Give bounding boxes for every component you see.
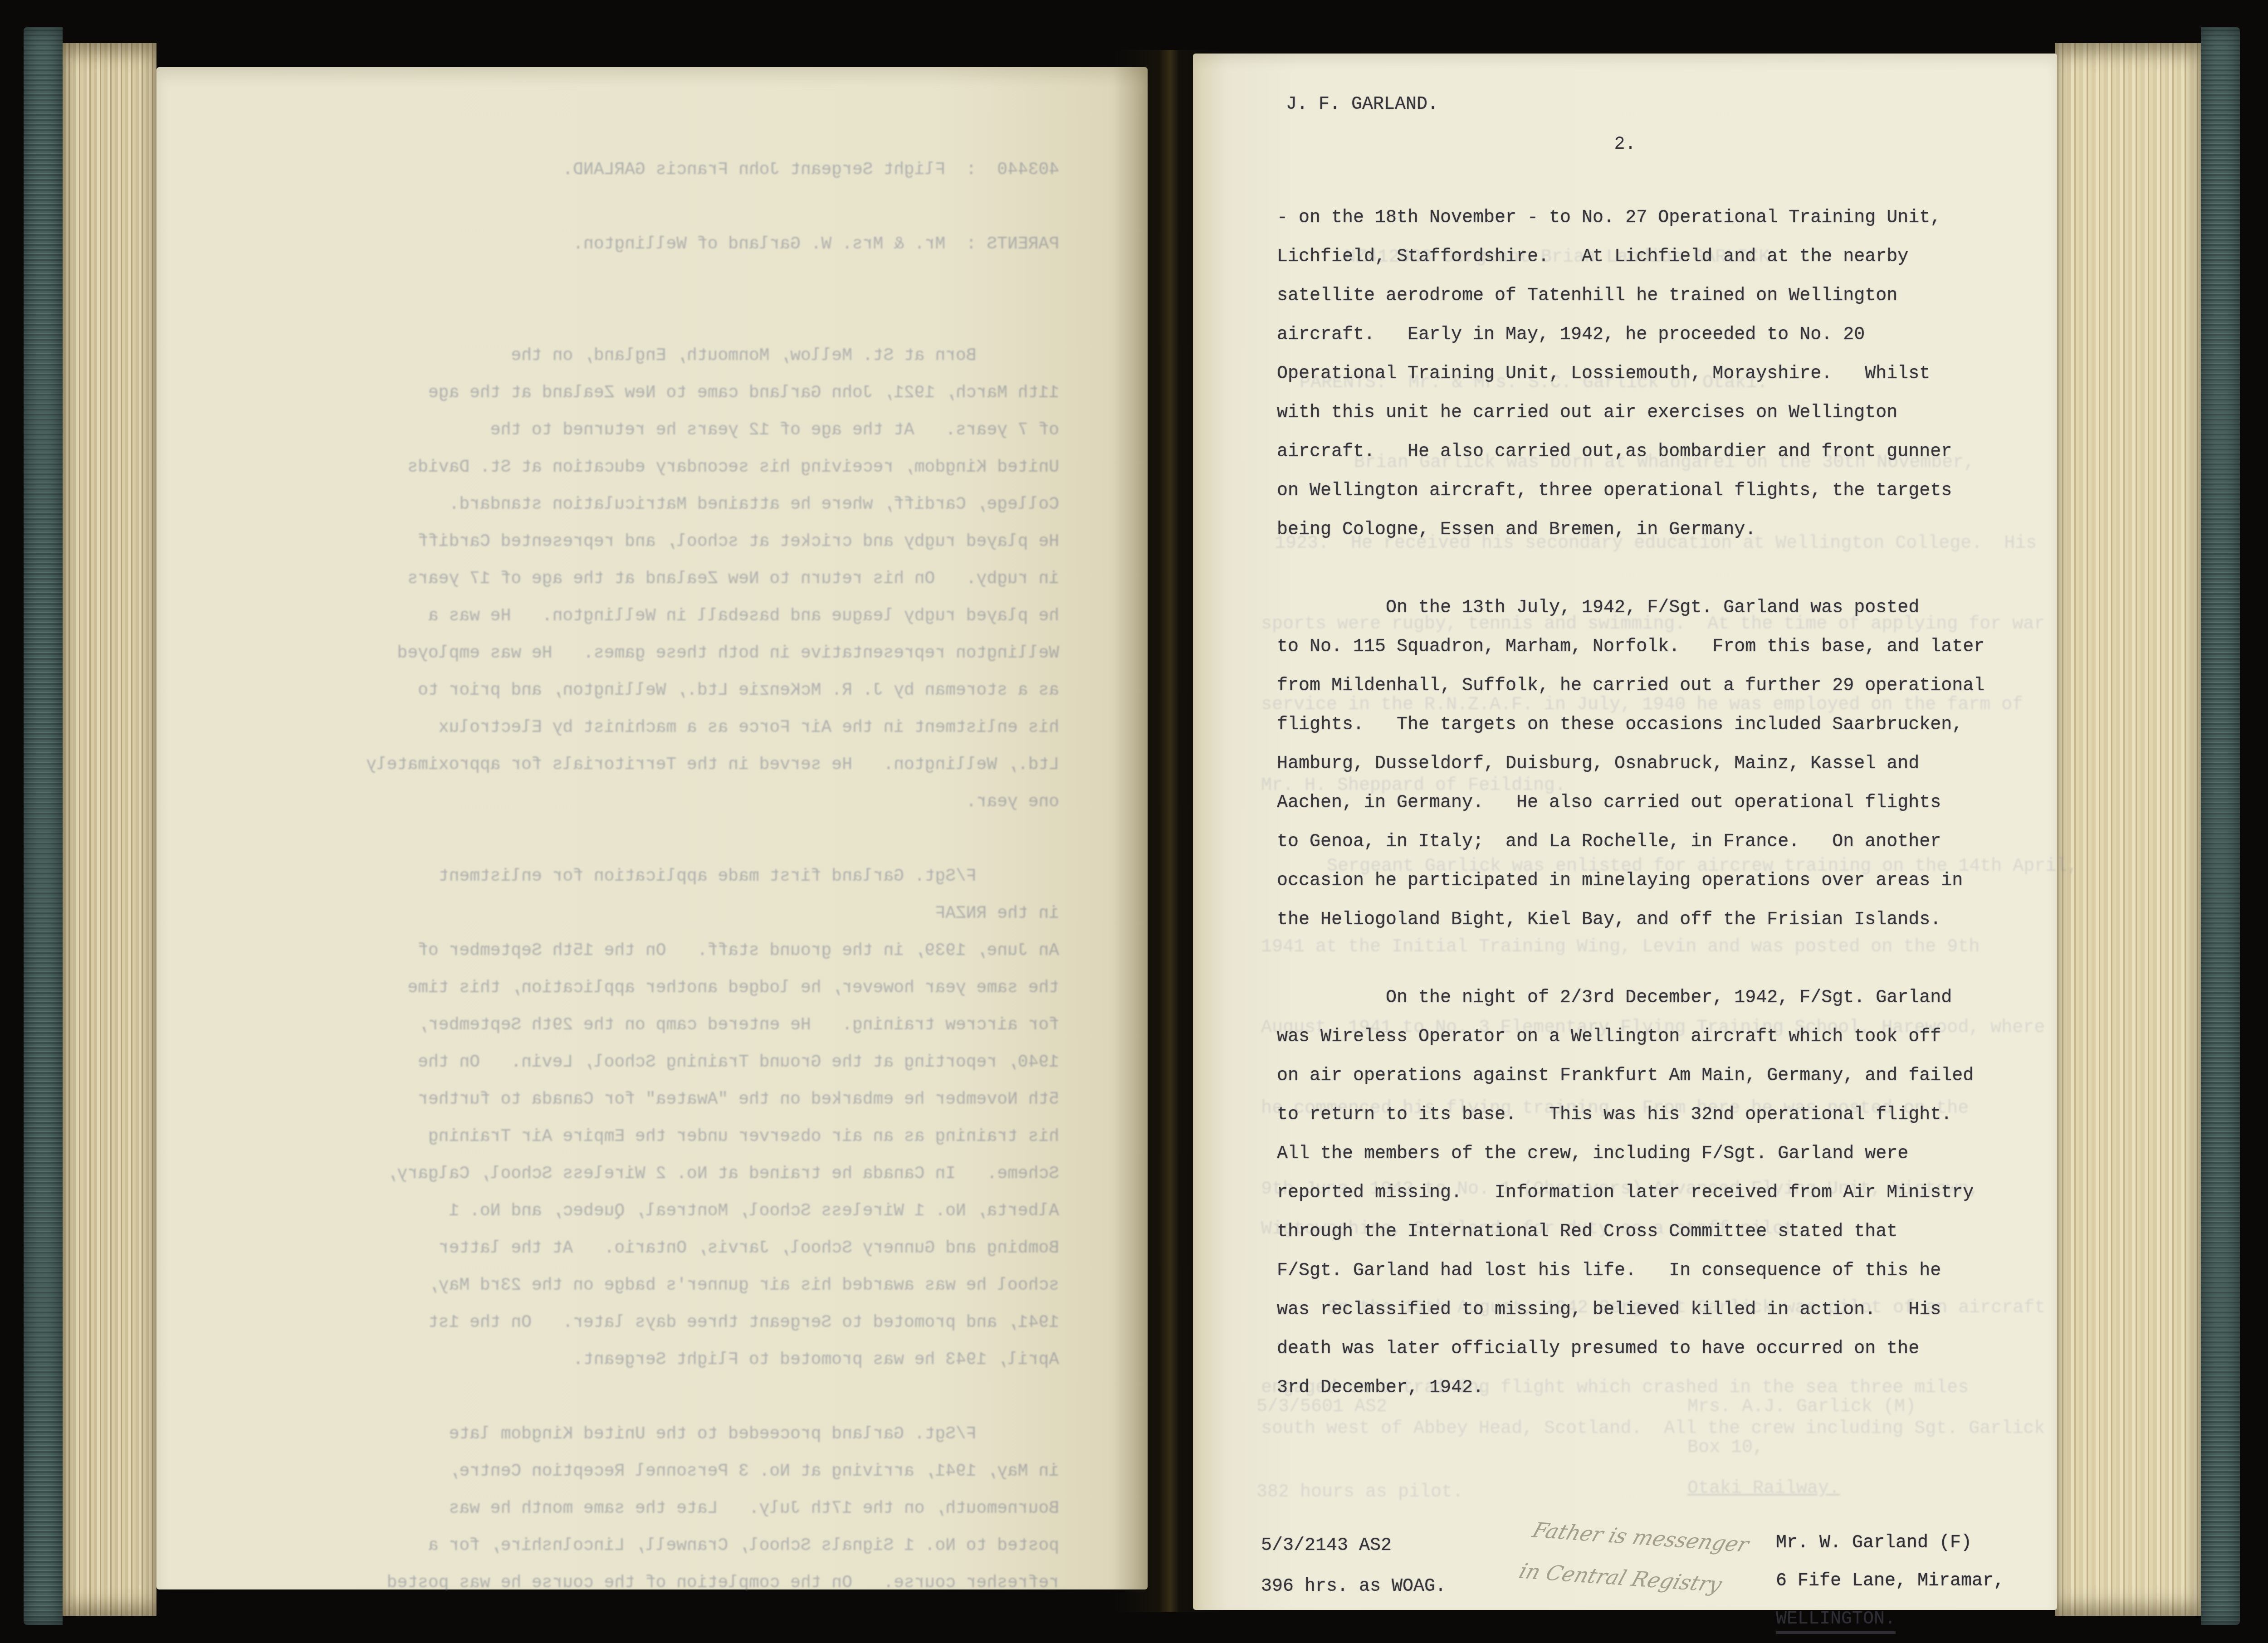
ghost-line: south west of Abbey Head, Scotland. All … xyxy=(1261,1419,2045,1439)
typed-line: with this unit he carried out air exerci… xyxy=(1277,403,2007,442)
flying-hours: 396 hrs. as WOAG. xyxy=(1261,1576,1446,1597)
typed-line: to Genoa, in Italy; and La Rochelle, in … xyxy=(1277,832,2007,871)
right-page: NZ412523 Sergeant Brian Landius GARLICK.… xyxy=(1193,54,2057,1610)
typed-line: was reclassified to missing, believed ki… xyxy=(1277,1300,2007,1339)
next-of-kin-line: 6 Fife Lane, Miramar, xyxy=(1776,1571,2004,1591)
next-of-kin-line: WELLINGTON. xyxy=(1776,1609,1896,1634)
bleedthrough-line: 5th November he embarked on the "Awatea"… xyxy=(225,1090,1059,1127)
ghost-line: 382 hours as pilot. xyxy=(1256,1482,1463,1502)
typed-line: - on the 18th November - to No. 27 Opera… xyxy=(1277,208,2007,247)
typed-line: was Wireless Operator on a Wellington ai… xyxy=(1277,1027,2007,1066)
bleedthrough-line: in May, 1941, arriving at No. 3 Personne… xyxy=(225,1462,1059,1499)
left-page: 403440 : Flight Sergeant John Francis GA… xyxy=(156,67,1148,1589)
bleedthrough-line: 1941, and promoted to Sergeant three day… xyxy=(225,1313,1059,1350)
typed-line: F/Sgt. Garland had lost his life. In con… xyxy=(1277,1261,2007,1300)
typed-line: the Heliogoland Bight, Kiel Bay, and off… xyxy=(1277,910,2007,949)
bleedthrough-line: 1940, reporting at the Ground Training S… xyxy=(225,1053,1059,1090)
bleedthrough-line: F/Sgt. Garland proceeded to the United K… xyxy=(225,1424,1059,1462)
bleedthrough-line: 403440 : Flight Sergeant John Francis GA… xyxy=(225,160,1059,197)
book-cover-right xyxy=(2201,27,2240,1625)
bleedthrough-line: as a storeman by J. R. McKenzie Ltd., We… xyxy=(225,681,1059,718)
bleedthrough-line xyxy=(225,1387,1059,1424)
handwritten-note-line2: in Central Registry xyxy=(1516,1559,1725,1597)
typed-line: satellite aerodrome of Tatenhill he trai… xyxy=(1277,286,2007,325)
page-stack-right-edge xyxy=(2055,43,2201,1616)
page-stack-left-edge xyxy=(63,43,156,1616)
bleedthrough-line: of 7 years. At the age of 12 years he re… xyxy=(225,420,1059,458)
typed-line: Operational Training Unit, Lossiemouth, … xyxy=(1277,364,2007,403)
ghost-line: Otaki Railway. xyxy=(1687,1478,1840,1499)
typed-line: reported missing. Information later rece… xyxy=(1277,1183,2007,1222)
bleedthrough-line: one year. xyxy=(225,792,1059,829)
bleedthrough-line xyxy=(225,197,1059,234)
left-page-bleedthrough: 403440 : Flight Sergeant John Francis GA… xyxy=(156,67,1148,1589)
bleedthrough-line: College, Cardiff, where he attained Matr… xyxy=(225,495,1059,532)
bleedthrough-line: he played rugby league and baseball in W… xyxy=(225,606,1059,644)
typed-line: On the night of 2/3rd December, 1942, F/… xyxy=(1277,988,2007,1027)
typed-line: on Wellington aircraft, three operationa… xyxy=(1277,481,2007,520)
typed-line: being Cologne, Essen and Bremen, in Germ… xyxy=(1277,520,2007,559)
typed-line: to No. 115 Squadron, Marham, Norfolk. Fr… xyxy=(1277,637,2007,676)
bleedthrough-line: Bombing and Gunnery School, Jarvis, Onta… xyxy=(225,1238,1059,1276)
bleedthrough-line xyxy=(225,829,1059,867)
document-body: - on the 18th November - to No. 27 Opera… xyxy=(1277,208,2007,1417)
typed-line: aircraft. Early in May, 1942, he proceed… xyxy=(1277,325,2007,364)
page-number: 2. xyxy=(1193,134,2057,155)
bleedthrough-line: Born at St. Mellow, Monmouth, England, o… xyxy=(225,346,1059,383)
typed-line: On the 13th July, 1942, F/Sgt. Garland w… xyxy=(1277,598,2007,637)
bleedthrough-line: F/Sgt. Garland first made application fo… xyxy=(225,867,1059,904)
bleedthrough-line: the same year however, he lodged another… xyxy=(225,978,1059,1015)
book-photo: 403440 : Flight Sergeant John Francis GA… xyxy=(0,0,2268,1643)
bleedthrough-line: He played rugby and cricket at school, a… xyxy=(225,532,1059,569)
reference-number: 5/3/2143 AS2 xyxy=(1261,1536,1392,1556)
typed-line: on air operations against Frankfurt Am M… xyxy=(1277,1066,2007,1105)
bleedthrough-line: his training as an air observer under th… xyxy=(225,1127,1059,1164)
bleedthrough-line: Scheme. In Canada he trained at No. 2 Wi… xyxy=(225,1164,1059,1201)
bleedthrough-line: in the RNZAF xyxy=(225,904,1059,941)
typed-line: occasion he participated in minelaying o… xyxy=(1277,871,2007,910)
bleedthrough-line: April, 1943 he was promoted to Flight Se… xyxy=(225,1350,1059,1387)
bleedthrough-line: school he was awarded his air gunner's b… xyxy=(225,1276,1059,1313)
bleedthrough-line: An June, 1939, in the ground staff. On t… xyxy=(225,941,1059,978)
bleedthrough-line: Wellington representative in both these … xyxy=(225,644,1059,681)
bleedthrough-line: posted to No. 1 Signals School, Cranwell… xyxy=(225,1536,1059,1573)
typed-line: death was later officially presumed to h… xyxy=(1277,1339,2007,1378)
bleedthrough-line xyxy=(225,272,1059,309)
bleedthrough-line: PARENTS : Mr. & Mrs. W. Garland of Welli… xyxy=(225,234,1059,272)
typed-line: through the International Red Cross Comm… xyxy=(1277,1222,2007,1261)
paragraph-spacer xyxy=(1277,559,2007,598)
bleedthrough-line: his enlistment in the Air Force as a mac… xyxy=(225,718,1059,755)
bleedthrough-line: in rugby. On his return to New Zealand a… xyxy=(225,569,1059,606)
typed-line: Lichfield, Staffordshire. At Lichfield a… xyxy=(1277,247,2007,286)
handwritten-note-line1: Father is messenger xyxy=(1530,1518,1752,1557)
paragraph-spacer xyxy=(1277,949,2007,988)
next-of-kin-line: Mr. W. Garland (F) xyxy=(1776,1533,1972,1553)
typed-line: Hamburg, Dusseldorf, Duisburg, Osnabruck… xyxy=(1277,754,2007,793)
bleedthrough-line: for aircrew training. He entered camp on… xyxy=(225,1015,1059,1053)
typed-line: to return to its base. This was his 32nd… xyxy=(1277,1105,2007,1144)
typed-line: Aachen, in Germany. He also carried out … xyxy=(1277,793,2007,832)
bleedthrough-line: Ltd., Wellington. He served in the Terri… xyxy=(225,755,1059,792)
typed-line: aircraft. He also carried out,as bombard… xyxy=(1277,442,2007,481)
bleedthrough-text-block: 403440 : Flight Sergeant John Francis GA… xyxy=(225,160,1059,1610)
typed-line: 3rd December, 1942. xyxy=(1277,1378,2007,1417)
book-cover-left xyxy=(24,27,63,1625)
bleedthrough-line: United Kingdom, receiving his secondary … xyxy=(225,458,1059,495)
bleedthrough-line: 11th March, 1921, John Garland came to N… xyxy=(225,383,1059,420)
ghost-line: Box 10, xyxy=(1687,1438,1764,1458)
typed-line: flights. The targets on these occasions … xyxy=(1277,715,2007,754)
bleedthrough-line xyxy=(225,309,1059,346)
typed-line: from Mildenhall, Suffolk, he carried out… xyxy=(1277,676,2007,715)
bleedthrough-line: Alberta, No. 1 Wireless School, Montreal… xyxy=(225,1201,1059,1238)
bleedthrough-line: refresher course. On the completion of t… xyxy=(225,1573,1059,1610)
typed-line: All the members of the crew, including F… xyxy=(1277,1144,2007,1183)
bleedthrough-line: Bournemouth, on the 17th July. Late the … xyxy=(225,1499,1059,1536)
document-title: J. F. GARLAND. xyxy=(1286,94,1438,115)
handwritten-note: Father is messengerin Central Registry xyxy=(1513,1509,1755,1606)
